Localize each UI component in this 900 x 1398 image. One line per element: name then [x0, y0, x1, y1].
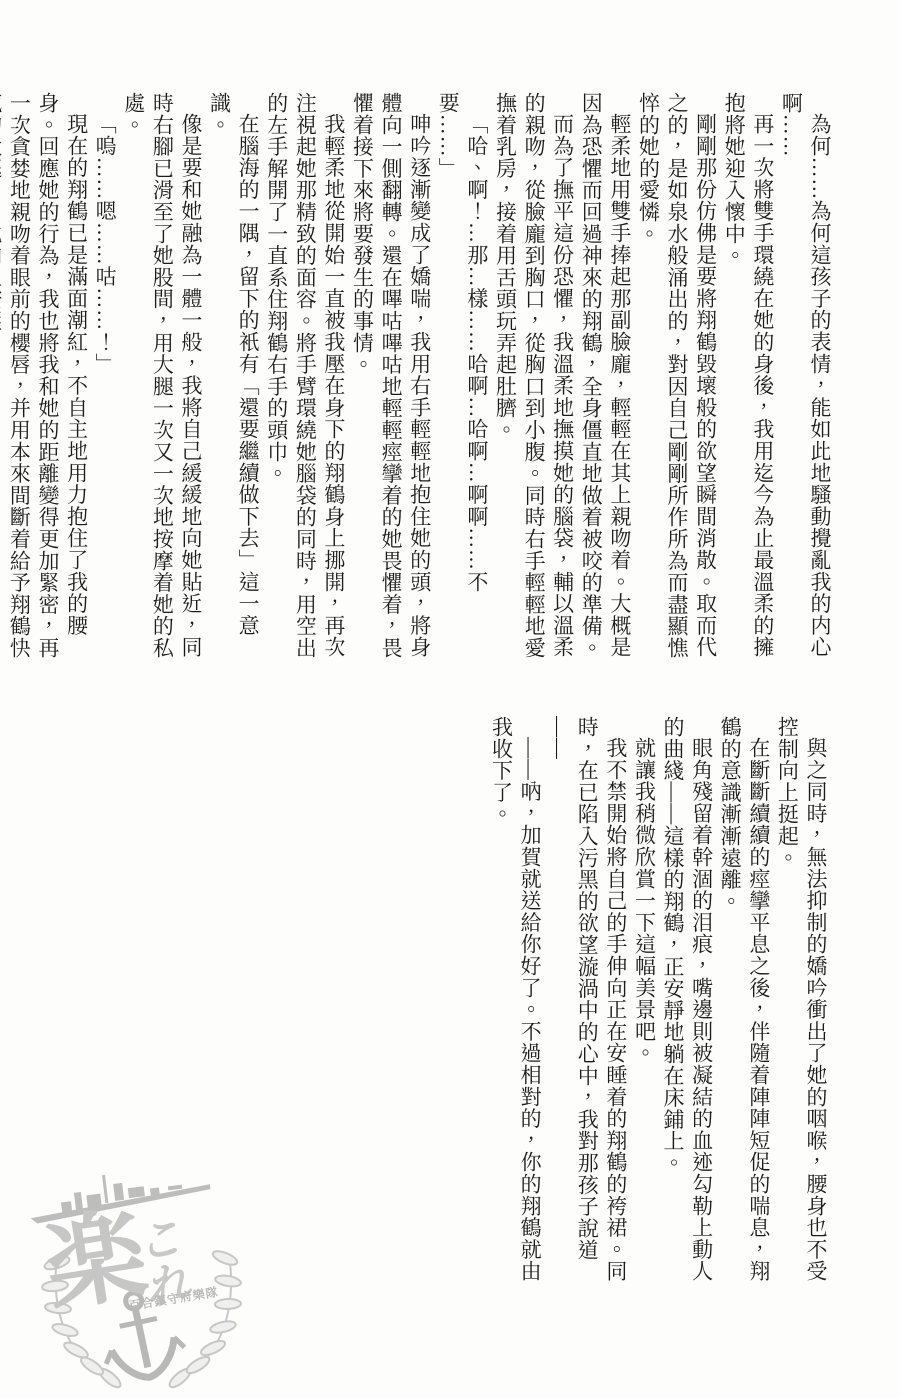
paragraph: 像是要和她融為一體一般，我將自己緩緩地向她貼近，同時右腳已滑至了她股間，用大腿一…	[119, 92, 205, 666]
paragraph: 眼角殘留着幹涸的泪痕，嘴邊則被凝結的血迹勾勒上動人的曲綫——這樣的翔鶴，正安靜地…	[658, 716, 715, 1288]
paragraph: 在斷斷續續的痙攣平息之後，伴隨着陣陣短促的喘息，翔鶴的意識漸漸遠離。	[716, 716, 773, 1288]
paragraph: 為何……為何這孩子的表情，能如此地騷動攪亂我的内心啊……	[777, 92, 834, 666]
scanned-page: 為何……為何這孩子的表情，能如此地騷動攪亂我的内心啊…… 再一次將雙手環繞在她的…	[0, 0, 900, 1398]
paragraph: 在腦海的一隅，留下的衹有「還要繼續做下去」這一意識。	[205, 92, 262, 666]
paragraph-dialogue: 「哈、啊！…那…樣……哈啊…哈啊…啊啊……不要……」	[434, 92, 491, 666]
text-block-top: 為何……為何這孩子的表情，能如此地騷動攪亂我的内心啊…… 再一次將雙手環繞在她的…	[0, 92, 834, 666]
text-block-bottom: 與之同時，無法抑制的嬌吟衝出了她的咽喉，腰身也不受控制向上挺起。 在斷斷續續的痙…	[487, 716, 830, 1288]
paragraph: 就讓我稍微欣賞一下這幅美景吧。	[630, 716, 659, 1288]
paragraph: 與之同時，無法抑制的嬌吟衝出了她的咽喉，腰身也不受控制向上挺起。	[773, 716, 830, 1288]
paragraph: 我輕柔地從開始一直被我壓在身下的翔鶴身上挪開，再次注視起她那精致的面容。將手臂環…	[262, 92, 348, 666]
paragraph: 呻吟逐漸變成了嬌喘，我用右手輕輕地抱住她的頭，將身體向一側翻轉。還在嗶咕嗶咕地輕…	[348, 92, 434, 666]
paragraph: 我不禁開始將自己的手伸向正在安睡着的翔鶴的袴裙。同時，在已陷入污黑的欲望漩渦中的…	[544, 716, 630, 1288]
circle-logo: 楽 これ 百合鎮守府樂隊	[20, 1150, 265, 1395]
paragraph: 現在的翔鶴已是滿面潮紅，不自主地用力抱住了我的腰身。回應她的行為，我也將我和她的…	[0, 92, 91, 666]
paragraph-dialogue: ——吶，加賀就送給你好了。不過相對的，你的翔鶴就由我收下了。	[487, 716, 544, 1288]
paragraph: 輕柔地用雙手捧起那副臉龐，輕輕在其上親吻着。大概是因為恐懼而回過神來的翔鶴，全身…	[577, 92, 634, 666]
paragraph: 再一次將雙手環繞在她的身後，我用迄今為止最溫柔的擁抱將她迎入懷中。	[720, 92, 777, 666]
paragraph: 而為了撫平這份恐懼，我溫柔地撫摸她的腦袋，輔以溫柔的親吻，從臉龐到胸口，從胸口到…	[491, 92, 577, 666]
paragraph-dialogue: 「嗚……嗯……咕……！」	[91, 92, 120, 666]
paragraph: 剛剛那份仿佛是要將翔鶴毀壞般的欲望瞬間消散。取而代之的，是如泉水般涌出的，對因自…	[634, 92, 720, 666]
